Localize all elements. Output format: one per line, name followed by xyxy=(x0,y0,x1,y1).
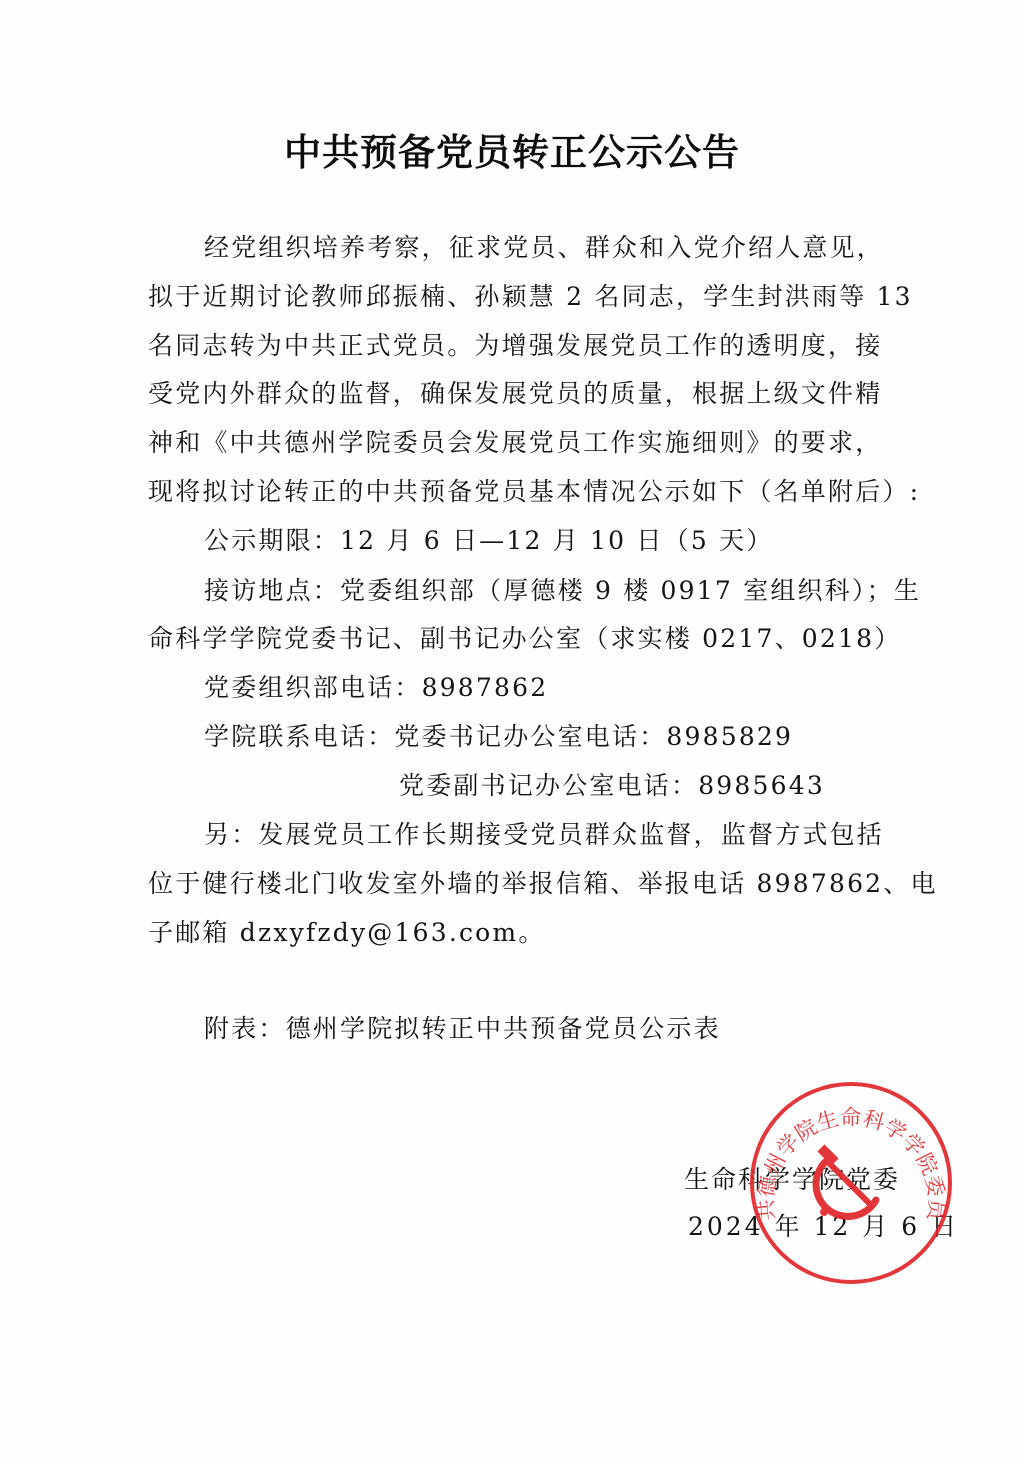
body-line-1: 经党组织培养考察，征求党员、群众和入党介绍人意见， xyxy=(204,233,884,263)
org-phone-line: 党委组织部电话：8987862 xyxy=(204,673,548,703)
deputy-phone-line: 党委副书记办公室电话：8985643 xyxy=(399,771,825,801)
location-line-2: 命科学学院党委书记、副书记办公室（求实楼 0217、0218） xyxy=(148,624,901,654)
stamp-text: 中共德州学院生命科学学院委员会 xyxy=(748,1080,949,1223)
signature-organization: 生命科学学院党委 xyxy=(684,1160,900,1196)
supervision-line-3: 子邮箱 dzxyfzdy@163.com。 xyxy=(148,918,546,948)
location-line-1: 接访地点：党委组织部（厚德楼 9 楼 0917 室组织科）；生 xyxy=(204,576,921,606)
document-page: 中共预备党员转正公示公告 经党组织培养考察，征求党员、群众和入党介绍人意见， 拟… xyxy=(0,0,1024,1463)
body-line-2: 拟于近期讨论教师邱振楠、孙颖慧 2 名同志，学生封洪雨等 13 xyxy=(148,282,913,312)
document-title: 中共预备党员转正公示公告 xyxy=(0,122,1024,176)
supervision-line-1: 另：发展党员工作长期接受党员群众监督，监督方式包括 xyxy=(204,820,884,850)
body-line-4: 受党内外群众的监督，确保发展党员的质量，根据上级文件精 xyxy=(148,379,882,409)
signature-date: 2024 年 12 月 6 日 xyxy=(688,1207,959,1243)
period-line: 公示期限：12 月 6 日—12 月 10 日（5 天） xyxy=(204,526,773,556)
supervision-line-2: 位于健行楼北门收发室外墙的举报信箱、举报电话 8987862、电 xyxy=(148,869,938,899)
attachment-line: 附表：德州学院拟转正中共预备党员公示表 xyxy=(204,1014,721,1044)
college-phone-line: 学院联系电话：党委书记办公室电话：8985829 xyxy=(204,722,793,752)
svg-text:中共德州学院生命科学学院委员会: 中共德州学院生命科学学院委员会 xyxy=(748,1080,949,1223)
body-line-5: 神和《中共德州学院委员会发展党员工作实施细则》的要求， xyxy=(148,428,882,458)
body-line-3: 名同志转为中共正式党员。为增强发展党员工作的透明度，接 xyxy=(148,331,882,361)
body-line-6: 现将拟讨论转正的中共预备党员基本情况公示如下（名单附后）: xyxy=(148,477,920,507)
